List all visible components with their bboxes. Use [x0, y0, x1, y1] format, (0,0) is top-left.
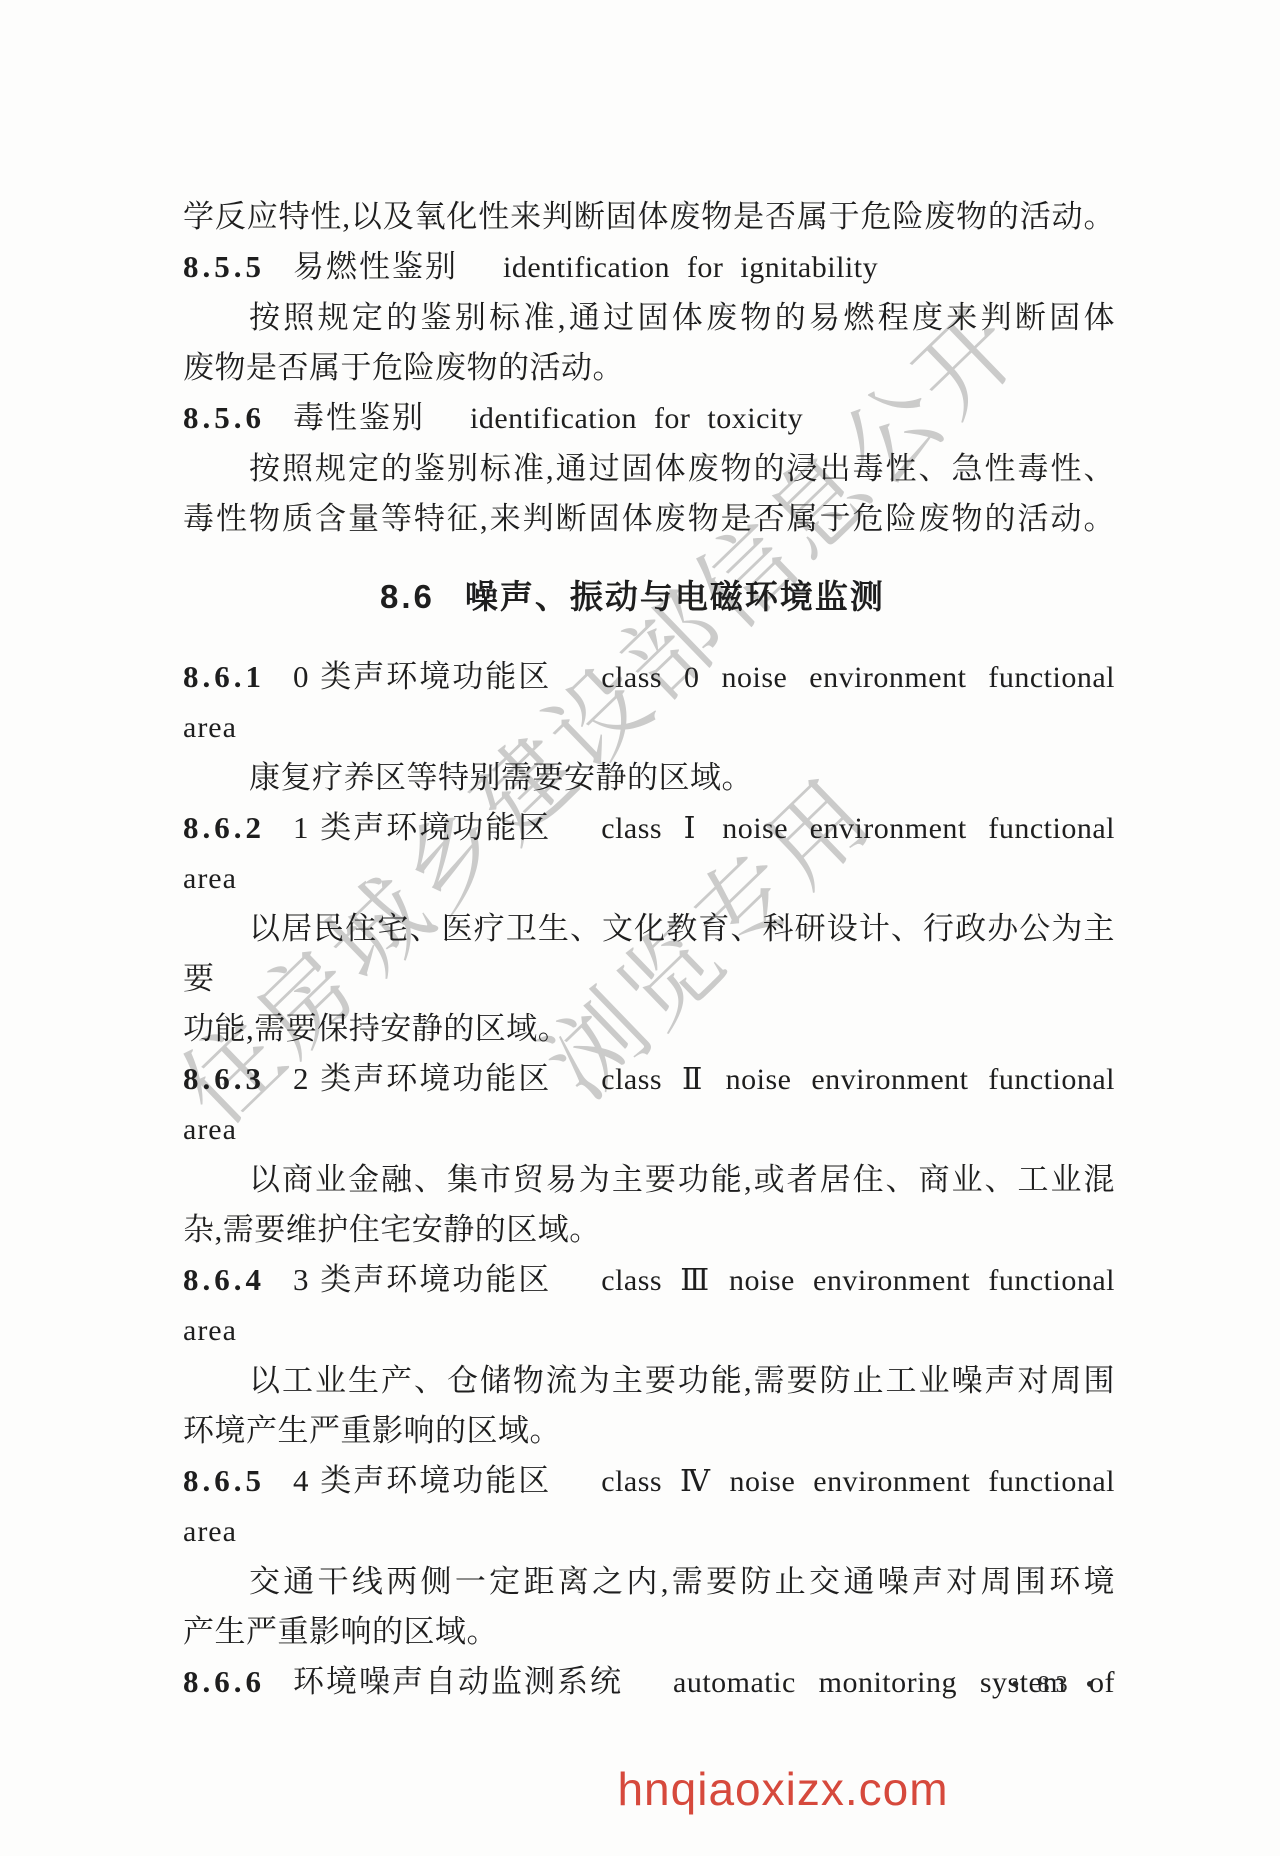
definition-line: 产生严重影响的区域。 [183, 1607, 1115, 1657]
term-entry-8-6-4: 8.6.4 3 类声环境功能区 class Ⅲ noise environmen… [183, 1255, 1115, 1306]
term-english: class Ⅲ noise environment functional [551, 1256, 1115, 1306]
term-chinese: 2 类声环境功能区 [293, 1054, 551, 1104]
term-english-continuation: area [183, 1507, 1115, 1557]
term-english: class Ⅳ noise environment functional [551, 1457, 1115, 1507]
definition-line: 杂,需要维护住宅安静的区域。 [183, 1205, 1115, 1255]
term-english: identification for ignitability [458, 243, 878, 293]
term-english-continuation: area [183, 1105, 1115, 1155]
term-english: class Ⅱ noise environment functional [551, 1055, 1115, 1105]
definition-line: 按照规定的鉴别标准,通过固体废物的易燃程度来判断固体 [183, 293, 1115, 343]
term-number: 8.5.5 [183, 242, 265, 292]
term-entry-8-6-6: 8.6.6 环境噪声自动监测系统 automatic monitoring sy… [183, 1657, 1115, 1708]
definition-line: 按照规定的鉴别标准,通过固体废物的浸出毒性、急性毒性、 [183, 444, 1115, 494]
section-title: 噪声、振动与电磁环境监测 [465, 572, 885, 622]
definition-line: 毒性物质含量等特征,来判断固体废物是否属于危险废物的活动。 [183, 494, 1115, 544]
term-entry-8-6-3: 8.6.3 2 类声环境功能区 class Ⅱ noise environmen… [183, 1054, 1115, 1105]
term-entry-8-5-6: 8.5.6 毒性鉴别 identification for toxicity [183, 393, 1115, 444]
definition-line: 环境产生严重影响的区域。 [183, 1406, 1115, 1456]
definition-line: 以工业生产、仓储物流为主要功能,需要防止工业噪声对周围 [183, 1356, 1115, 1406]
term-english: class Ⅰ noise environment functional [551, 804, 1115, 854]
term-chinese: 3 类声环境功能区 [293, 1255, 551, 1305]
term-english-continuation: area [183, 1306, 1115, 1356]
term-english: class 0 noise environment functional [551, 653, 1115, 703]
term-chinese: 4 类声环境功能区 [293, 1456, 551, 1506]
term-number: 8.6.2 [183, 803, 265, 853]
definition-line: 以居民住宅、医疗卫生、文化教育、科研设计、行政办公为主要 [183, 904, 1115, 1004]
term-number: 8.6.1 [183, 652, 265, 702]
definition-line: 康复疗养区等特别需要安静的区域。 [183, 753, 1115, 803]
section-number: 8.6 [380, 572, 435, 622]
term-number: 8.6.4 [183, 1255, 265, 1305]
term-chinese: 环境噪声自动监测系统 [293, 1657, 623, 1707]
term-chinese: 1 类声环境功能区 [293, 803, 551, 853]
paragraph-carry-over: 学反应特性,以及氧化性来判断固体废物是否属于危险废物的活动。 [183, 192, 1115, 242]
term-entry-8-6-5: 8.6.5 4 类声环境功能区 class Ⅳ noise environmen… [183, 1456, 1115, 1507]
term-english: identification for toxicity [425, 394, 803, 444]
term-english-continuation: area [183, 854, 1115, 904]
definition-line: 以商业金融、集市贸易为主要功能,或者居住、商业、工业混 [183, 1155, 1115, 1205]
term-number: 8.6.6 [183, 1657, 265, 1707]
section-heading-8-6: 8.6 噪声、振动与电磁环境监测 [183, 572, 1115, 622]
term-entry-8-6-1: 8.6.1 0 类声环境功能区 class 0 noise environmen… [183, 652, 1115, 703]
term-entry-8-5-5: 8.5.5 易燃性鉴别 identification for ignitabil… [183, 242, 1115, 293]
page-number: • 83 • [1011, 1672, 1100, 1699]
term-number: 8.6.5 [183, 1456, 265, 1506]
term-number: 8.6.3 [183, 1054, 265, 1104]
term-chinese: 易燃性鉴别 [293, 242, 458, 292]
term-english-continuation: area [183, 703, 1115, 753]
term-chinese: 0 类声环境功能区 [293, 652, 551, 702]
document-body: 学反应特性,以及氧化性来判断固体废物是否属于危险废物的活动。 8.5.5 易燃性… [183, 192, 1115, 1708]
definition-line: 交通干线两侧一定距离之内,需要防止交通噪声对周围环境 [183, 1557, 1115, 1607]
footer-website-url: hnqiaoxizx.com [617, 1762, 948, 1816]
term-chinese: 毒性鉴别 [293, 393, 425, 443]
definition-line: 废物是否属于危险废物的活动。 [183, 343, 1115, 393]
term-entry-8-6-2: 8.6.2 1 类声环境功能区 class Ⅰ noise environmen… [183, 803, 1115, 854]
term-number: 8.5.6 [183, 393, 265, 443]
definition-line: 功能,需要保持安静的区域。 [183, 1004, 1115, 1054]
